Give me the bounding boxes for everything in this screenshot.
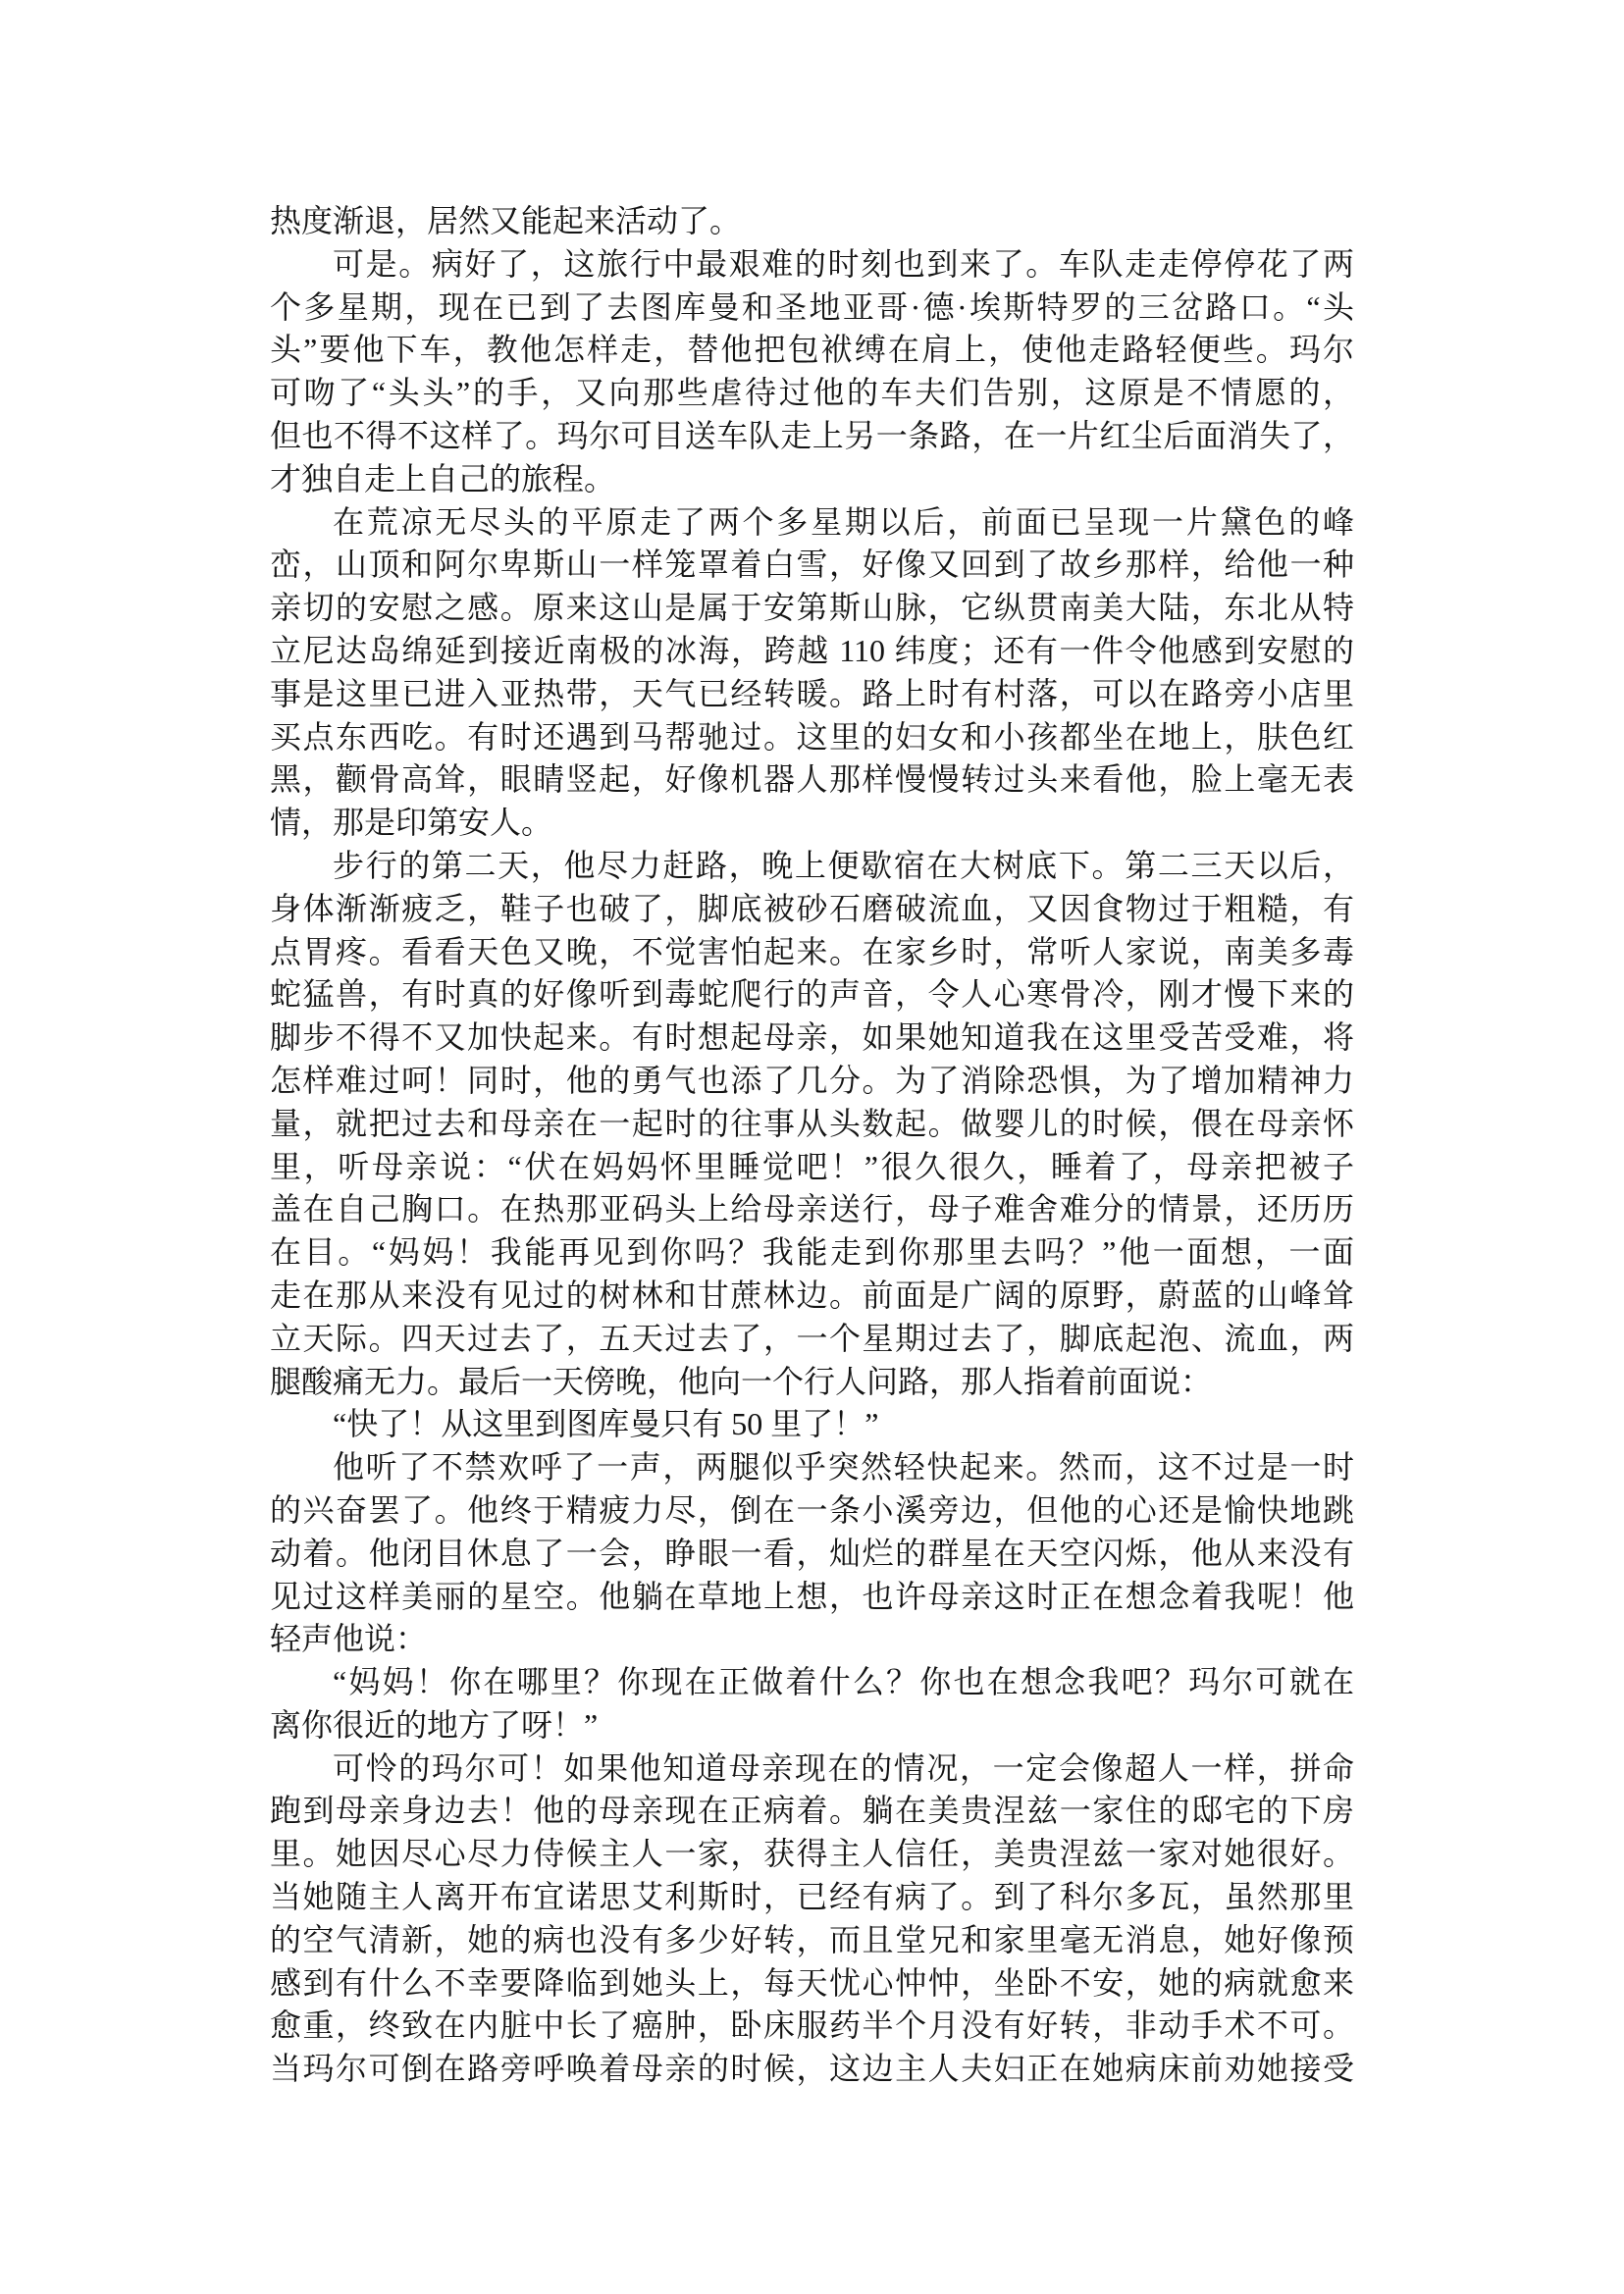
text-line: 走在那从来没有见过的树林和甘蔗林边。前面是广阔的原野，蔚蓝的山峰耸 — [270, 1275, 1354, 1318]
text-line: 当她随主人离开布宜诺思艾利斯时，已经有病了。到了科尔多瓦，虽然那里 — [270, 1876, 1354, 1919]
text-line: 亲切的安慰之感。原来这山是属于安第斯山脉，它纵贯南美大陆，东北从特 — [270, 587, 1354, 630]
text-line: 热度渐退，居然又能起来活动了。 — [270, 200, 1354, 243]
text-line: 可怜的玛尔可！如果他知道母亲现在的情况，一定会像超人一样，拼命 — [270, 1747, 1354, 1791]
text-line: 可是。病好了，这旅行中最艰难的时刻也到来了。车队走走停停花了两 — [270, 243, 1354, 287]
text-line: 黑，颧骨高耸，眼睛竖起，好像机器人那样慢慢转过头来看他，脸上毫无表 — [270, 758, 1354, 802]
text-line: 个多星期，现在已到了去图库曼和圣地亚哥·德·埃斯特罗的三岔路口。“头 — [270, 287, 1354, 330]
text-line: 见过这样美丽的星空。他躺在草地上想，也许母亲这时正在想念着我呢！他 — [270, 1576, 1354, 1619]
text-line: 量，就把过去和母亲在一起时的往事从头数起。做婴儿的时候，偎在母亲怀 — [270, 1103, 1354, 1146]
text-line: 轻声他说： — [270, 1618, 1354, 1661]
text-line: 盖在自己胸口。在热那亚码头上给母亲送行，母子难舍难分的情景，还历历 — [270, 1188, 1354, 1231]
text-line: 可吻了“头头”的手，又向那些虐待过他的车夫们告别，这原是不情愿的， — [270, 372, 1354, 415]
paragraph: “妈妈！你在哪里？你现在正做着什么？你也在想念我吧？玛尔可就在离你很近的地方了呀… — [270, 1661, 1354, 1747]
text-line: 才独自走上自己的旅程。 — [270, 458, 1354, 501]
text-line: “妈妈！你在哪里？你现在正做着什么？你也在想念我吧？玛尔可就在 — [270, 1661, 1354, 1704]
text-line: 步行的第二天，他尽力赶路，晚上便歇宿在大树底下。第二三天以后， — [270, 845, 1354, 888]
text-line: 点胃疼。看看天色又晚，不觉害怕起来。在家乡时，常听人家说，南美多毒 — [270, 931, 1354, 974]
text-line: 立尼达岛绵延到接近南极的冰海，跨越 110 纬度；还有一件令他感到安慰的 — [270, 630, 1354, 673]
paragraph: 他听了不禁欢呼了一声，两腿似乎突然轻快起来。然而，这不过是一时的兴奋罢了。他终于… — [270, 1446, 1354, 1661]
text-line: 的空气清新，她的病也没有多少好转，而且堂兄和家里毫无消息，她好像预 — [270, 1919, 1354, 1962]
text-line: 愈重，终致在内脏中长了癌肿，卧床服药半个月没有好转，非动手术不可。 — [270, 2005, 1354, 2048]
paragraph: 步行的第二天，他尽力赶路，晚上便歇宿在大树底下。第二三天以后，身体渐渐疲乏，鞋子… — [270, 845, 1354, 1403]
text-line: 他听了不禁欢呼了一声，两腿似乎突然轻快起来。然而，这不过是一时 — [270, 1446, 1354, 1489]
text-line: 峦，山顶和阿尔卑斯山一样笼罩着白雪，好像又回到了故乡那样，给他一种 — [270, 544, 1354, 587]
text-line: 当玛尔可倒在路旁呼唤着母亲的时候，这边主人夫妇正在她病床前劝她接受 — [270, 2048, 1354, 2091]
text-line: 脚步不得不又加快起来。有时想起母亲，如果她知道我在这里受苦受难，将 — [270, 1017, 1354, 1060]
text-line: 在目。“妈妈！我能再见到你吗？我能走到你那里去吗？”他一面想，一面 — [270, 1231, 1354, 1275]
paragraph: 可怜的玛尔可！如果他知道母亲现在的情况，一定会像超人一样，拼命跑到母亲身边去！他… — [270, 1747, 1354, 2091]
text-line: 身体渐渐疲乏，鞋子也破了，脚底被砂石磨破流血，又因食物过于粗糙，有 — [270, 888, 1354, 931]
text-line: 头”要他下车，教他怎样走，替他把包袱缚在肩上，使他走路轻便些。玛尔 — [270, 329, 1354, 372]
paragraph: 在荒凉无尽头的平原走了两个多星期以后，前面已呈现一片黛色的峰峦，山顶和阿尔卑斯山… — [270, 501, 1354, 845]
text-line: “快了！从这里到图库曼只有 50 里了！” — [270, 1403, 1354, 1446]
text-line: 跑到母亲身边去！他的母亲现在正病着。躺在美贵涅兹一家住的邸宅的下房 — [270, 1790, 1354, 1833]
text-line: 的兴奋罢了。他终于精疲力尽，倒在一条小溪旁边，但他的心还是愉快地跳 — [270, 1489, 1354, 1533]
text-line: 蛇猛兽，有时真的好像听到毒蛇爬行的声音，令人心寒骨冷，刚才慢下来的 — [270, 973, 1354, 1017]
paragraph: 可是。病好了，这旅行中最艰难的时刻也到来了。车队走走停停花了两个多星期，现在已到… — [270, 243, 1354, 501]
document-page: 热度渐退，居然又能起来活动了。可是。病好了，这旅行中最艰难的时刻也到来了。车队走… — [0, 0, 1624, 2294]
text-line: 事是这里已进入亚热带，天气已经转暖。路上时有村落，可以在路旁小店里 — [270, 673, 1354, 716]
page-text: 热度渐退，居然又能起来活动了。可是。病好了，这旅行中最艰难的时刻也到来了。车队走… — [270, 200, 1354, 2091]
text-line: 立天际。四天过去了，五天过去了，一个星期过去了，脚底起泡、流血，两 — [270, 1318, 1354, 1361]
paragraph: 热度渐退，居然又能起来活动了。 — [270, 200, 1354, 243]
text-line: 离你很近的地方了呀！” — [270, 1704, 1354, 1747]
text-line: 情，那是印第安人。 — [270, 802, 1354, 845]
text-line: 怎样难过呵！同时，他的勇气也添了几分。为了消除恐惧，为了增加精神力 — [270, 1060, 1354, 1103]
text-line: 在荒凉无尽头的平原走了两个多星期以后，前面已呈现一片黛色的峰 — [270, 501, 1354, 545]
paragraph: “快了！从这里到图库曼只有 50 里了！” — [270, 1403, 1354, 1446]
text-line: 里。她因尽心尽力侍候主人一家，获得主人信任，美贵涅兹一家对她很好。 — [270, 1833, 1354, 1876]
text-line: 但也不得不这样了。玛尔可目送车队走上另一条路，在一片红尘后面消失了， — [270, 415, 1354, 458]
text-line: 感到有什么不幸要降临到她头上，每天忧心忡忡，坐卧不安，她的病就愈来 — [270, 1962, 1354, 2006]
text-line: 买点东西吃。有时还遇到马帮驰过。这里的妇女和小孩都坐在地上，肤色红 — [270, 716, 1354, 759]
text-line: 里，听母亲说：“伏在妈妈怀里睡觉吧！”很久很久，睡着了，母亲把被子 — [270, 1146, 1354, 1189]
text-line: 腿酸痛无力。最后一天傍晚，他向一个行人问路，那人指着前面说： — [270, 1361, 1354, 1404]
text-line: 动着。他闭目休息了一会，睁眼一看，灿烂的群星在天空闪烁，他从来没有 — [270, 1533, 1354, 1576]
